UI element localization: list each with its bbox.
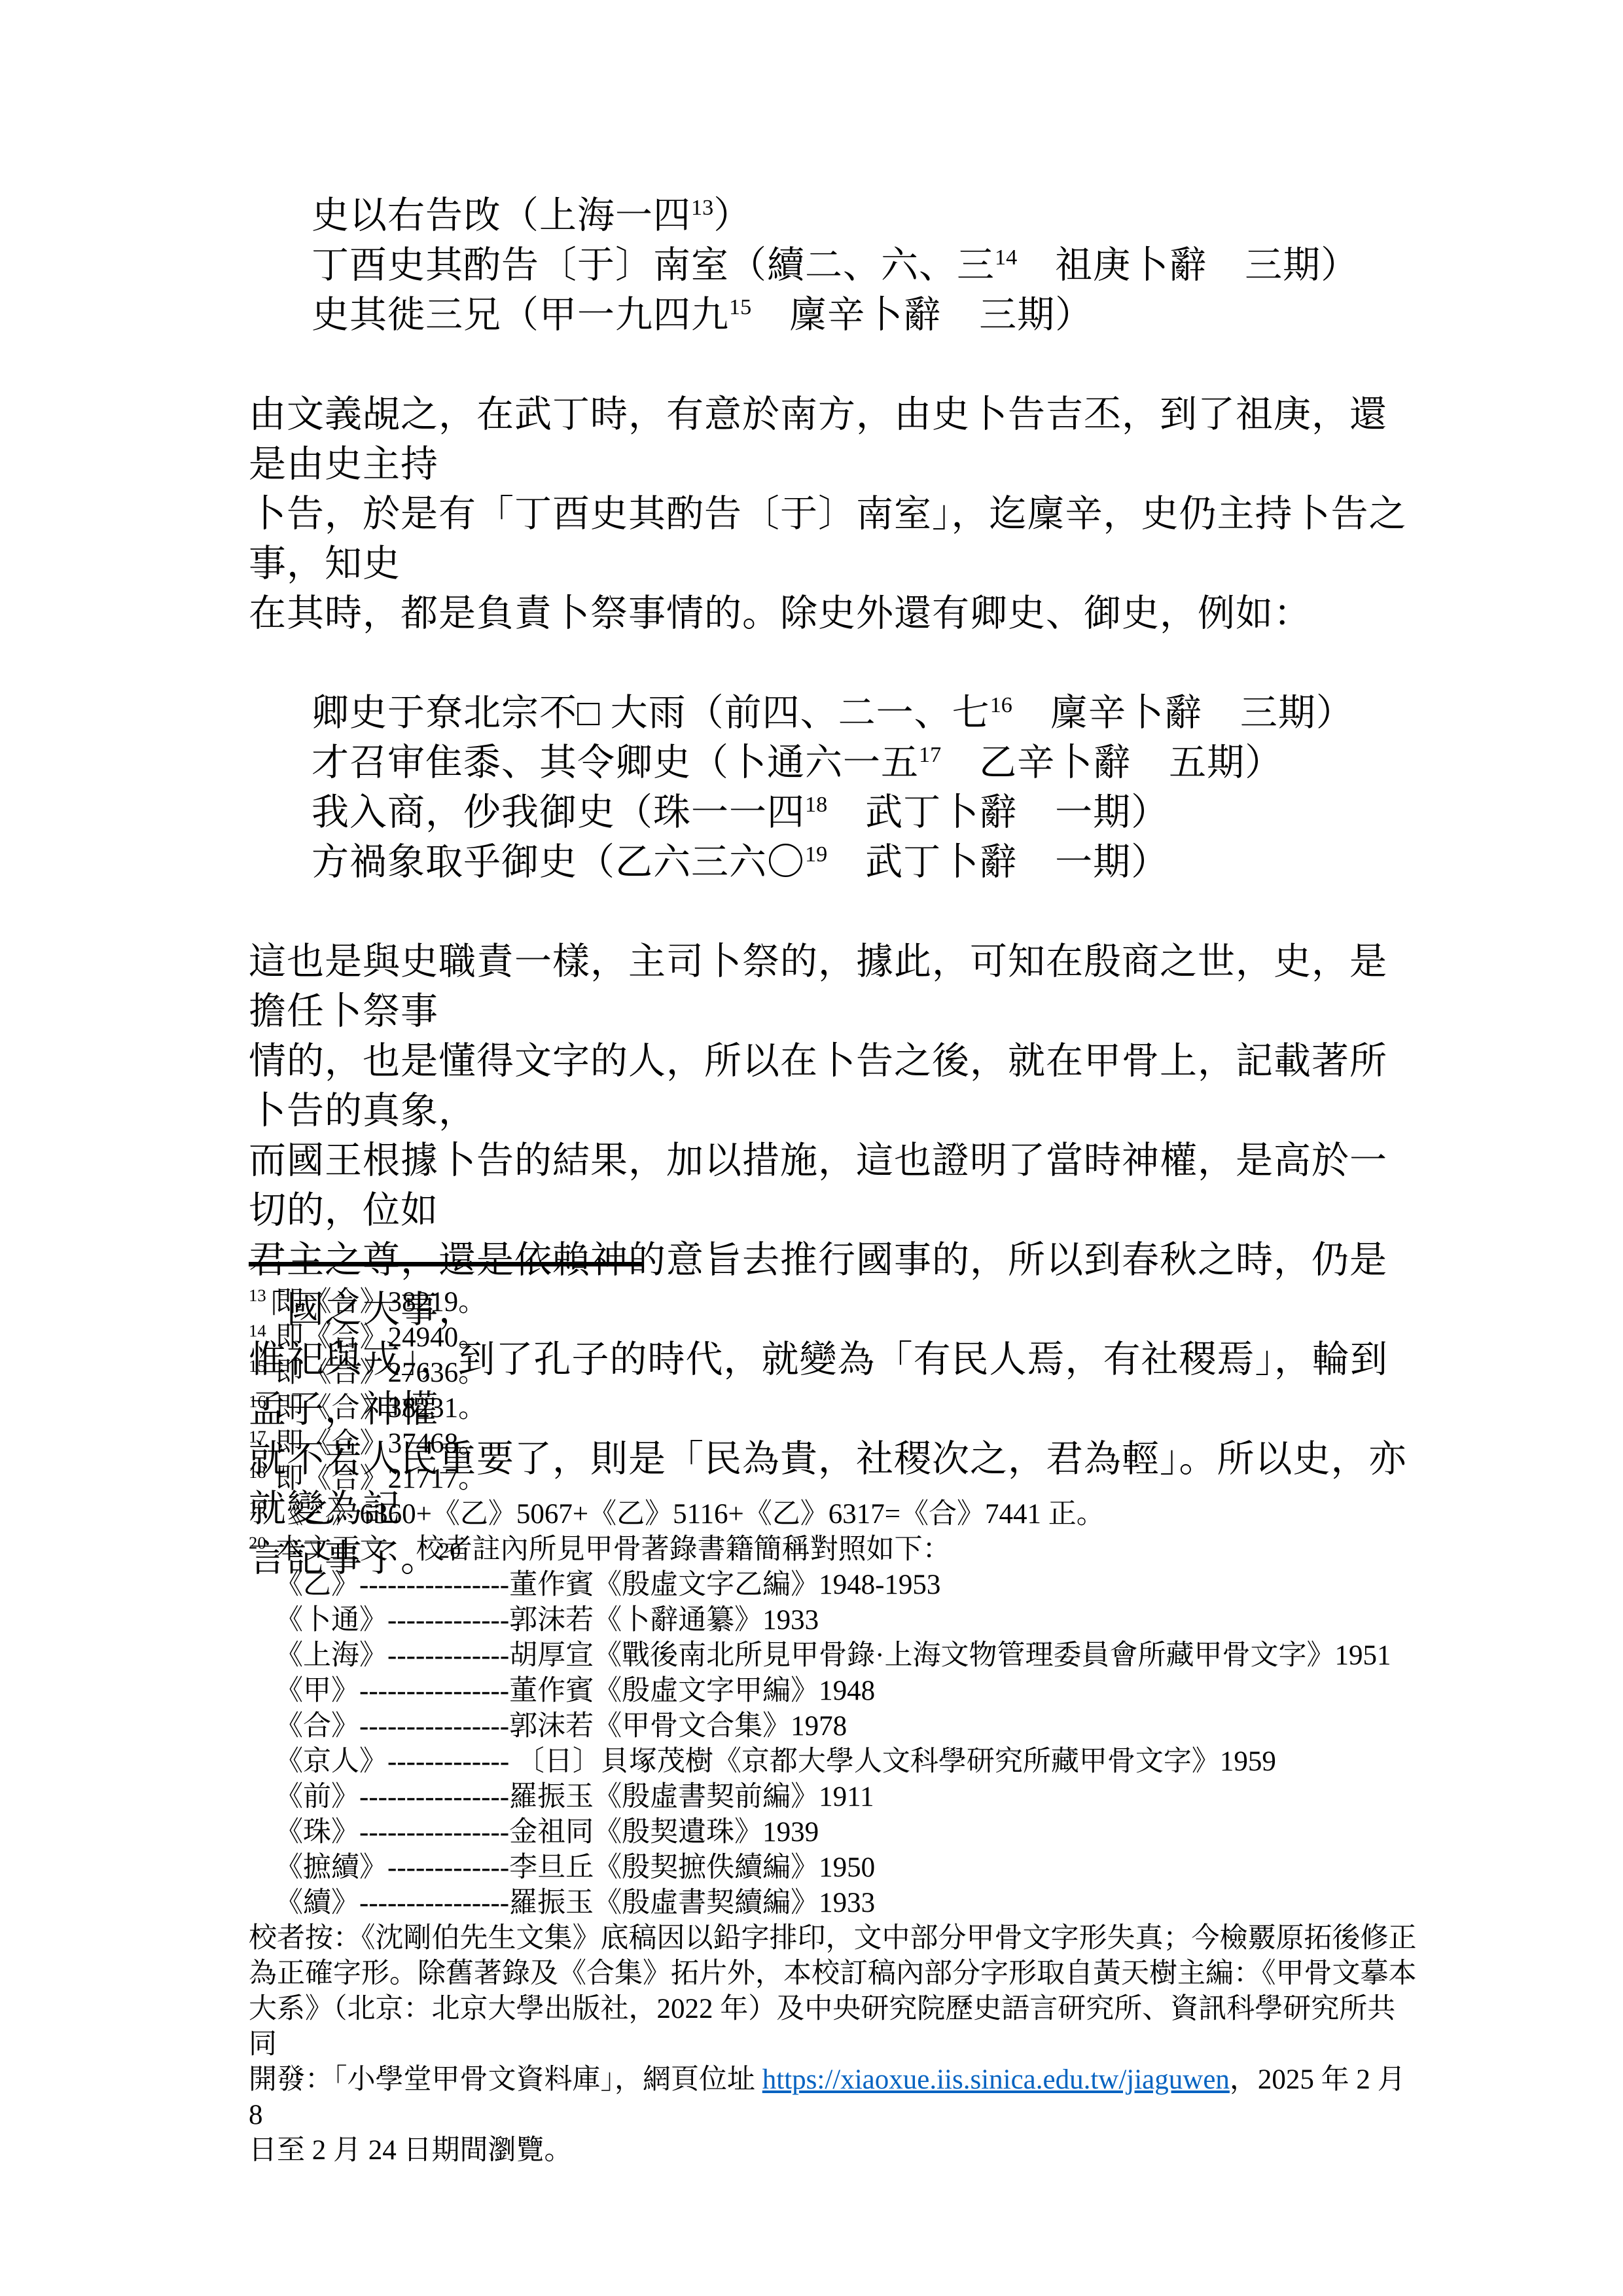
bibliography-item: 《卜通》-------------郭沫若《卜辭通纂》1933 <box>249 1603 1420 1638</box>
quote-text: 方禍象取乎御史（乙六三六〇 <box>312 842 805 883</box>
quote-text: 史以右告攺（上海一四 <box>312 195 691 236</box>
bibliography-item: 《珠》----------------金祖同《殷契遺珠》1939 <box>249 1815 1420 1850</box>
footnote-17: 17即《合》37468。 <box>249 1426 1420 1462</box>
editor-note-line: 日至 2 月 24 日期間瀏覽。 <box>249 2133 1420 2168</box>
database-url-link[interactable]: https://xiaoxue.iis.sinica.edu.tw/jiaguw… <box>762 2064 1230 2095</box>
footnote-ref-13: 13 <box>691 196 713 220</box>
quote-text: 廩辛卜辭 三期） <box>751 295 1093 336</box>
quote-text: 武丁卜辭 一期） <box>827 842 1169 883</box>
quote-text: 我入商，仯我御史（珠一一四 <box>312 792 805 833</box>
paragraph-line: 而國王根據卜告的結果，加以措施，這也證明了當時神權，是高於一切的，位如 <box>249 1136 1412 1236</box>
quote-line: 卿史于尞北宗不□ 大雨（前四、二一、七16 廩辛卜辭 三期） <box>312 689 1412 738</box>
quote-text: 丁酉史其酌告〔于〕南室（續二、六、三 <box>312 245 995 286</box>
footnote-ref-18: 18 <box>805 793 827 817</box>
footnote-text: 即《合》27636。 <box>276 1357 487 1388</box>
footnote-marker: 17 <box>249 1427 266 1446</box>
footnote-ref-19: 19 <box>805 842 827 867</box>
footnote-ref-17: 17 <box>919 743 941 767</box>
paragraph-line: 情的，也是懂得文字的人，所以在卜告之後，就在甲骨上，記載著所卜告的真象， <box>249 1037 1412 1136</box>
bibliography-item: 《甲》----------------董作賓《殷虛文字甲編》1948 <box>249 1674 1420 1709</box>
quote-text: 才召审隹黍、其令卿史（卜通六一五 <box>312 742 919 783</box>
document-page: { "page": { "background": "#ffffff", "te… <box>0 0 1623 2296</box>
footnote-marker: 13 <box>249 1285 266 1305</box>
footnote-marker: 16 <box>249 1391 266 1411</box>
bibliography-item: 《上海》-------------胡厚宣《戰後南北所見甲骨錄·上海文物管理委員會… <box>249 1638 1420 1674</box>
footnote-marker: 20 <box>249 1533 266 1552</box>
footnote-text: 《乙》6360+《乙》5067+《乙》5116+《乙》6317=《合》7441 … <box>276 1499 1105 1530</box>
paragraph-line: 卜告，於是有「丁酉史其酌告〔于〕南室」，迄廩辛，史仍主持卜告之事，知史 <box>249 490 1412 589</box>
footnote-separator <box>249 1262 644 1266</box>
footnote-text: 即《合》38231。 <box>276 1393 487 1424</box>
footnote-text: 本文正文、校者註內所見甲骨著錄書籍簡稱對照如下： <box>276 1534 951 1565</box>
footnote-ref-16: 16 <box>990 693 1012 717</box>
footnote-14: 14即《合》24940。 <box>249 1320 1420 1355</box>
editor-note-line: 開發：「小學堂甲骨文資料庫」，網頁位址 https://xiaoxue.iis.… <box>249 2062 1420 2133</box>
footnote-13: 13即《合》38219。 <box>249 1285 1420 1320</box>
editor-note-text: 開發：「小學堂甲骨文資料庫」，網頁位址 <box>249 2064 762 2095</box>
footnote-text: 即《合》37468。 <box>276 1428 487 1459</box>
footnote-18: 18即《合》21717。 <box>249 1462 1420 1497</box>
bibliography-item: 《續》----------------羅振玉《殷虛書契續編》1933 <box>249 1886 1420 1921</box>
footnote-ref-15: 15 <box>729 295 751 319</box>
quote-text: ） <box>713 195 751 236</box>
paragraph-1: 由文義覘之，在武丁時，有意於南方，由史卜告吉丕，到了祖庚，還是由史主持 卜告，於… <box>249 390 1412 639</box>
bibliography-item: 《合》----------------郭沫若《甲骨文合集》1978 <box>249 1709 1420 1744</box>
footnote-section: 13即《合》38219。 14即《合》24940。 15即《合》27636。 1… <box>249 1262 1420 2168</box>
quote-line: 丁酉史其酌告〔于〕南室（續二、六、三14 祖庚卜辭 三期） <box>312 241 1412 291</box>
quote-text: 卿史于尞北宗不□ 大雨（前四、二一、七 <box>312 692 990 734</box>
bibliography-item: 《摭續》-------------李旦丘《殷契摭佚續編》1950 <box>249 1850 1420 1886</box>
bibliography-item: 《京人》------------- 〔日〕貝塚茂樹《京都大學人文科學研究所藏甲骨… <box>249 1744 1420 1780</box>
quote-text: 武丁卜辭 一期） <box>827 792 1169 833</box>
footnote-16: 16即《合》38231。 <box>249 1391 1420 1426</box>
footnote-marker: 18 <box>249 1462 266 1482</box>
quote-line: 才召审隹黍、其令卿史（卜通六一五17 乙辛卜辭 五期） <box>312 738 1412 788</box>
footnote-20: 20本文正文、校者註內所見甲骨著錄書籍簡稱對照如下： <box>249 1532 1420 1568</box>
footnote-text: 即《合》38219。 <box>276 1287 487 1318</box>
quote-line: 我入商，仯我御史（珠一一四18 武丁卜辭 一期） <box>312 788 1412 838</box>
quote-text: 廩辛卜辭 三期） <box>1012 692 1354 734</box>
quote-text: 乙辛卜辭 五期） <box>941 742 1283 783</box>
editor-note-line: 大系》（北京：北京大學出版社，2022 年）及中央研究院歷史語言研究所、資訊科學… <box>249 1992 1420 2062</box>
oracle-quote-block-2: 卿史于尞北宗不□ 大雨（前四、二一、七16 廩辛卜辭 三期） 才召审隹黍、其令卿… <box>249 689 1412 888</box>
bibliography-item: 《前》----------------羅振玉《殷虛書契前編》1911 <box>249 1780 1420 1815</box>
quote-text: 史其徙三兄（甲一九四九 <box>312 295 729 336</box>
quote-line: 史其徙三兄（甲一九四九15 廩辛卜辭 三期） <box>312 291 1412 340</box>
footnote-marker: 15 <box>249 1356 266 1376</box>
quote-line: 史以右告攺（上海一四13） <box>312 191 1412 241</box>
footnote-ref-14: 14 <box>995 245 1017 270</box>
footnote-marker: 19 <box>249 1498 266 1517</box>
footnote-19: 19《乙》6360+《乙》5067+《乙》5116+《乙》6317=《合》744… <box>249 1497 1420 1532</box>
footnote-text: 即《合》24940。 <box>276 1322 487 1353</box>
footnote-marker: 14 <box>249 1321 266 1340</box>
bibliography-item: 《乙》----------------董作賓《殷虛文字乙編》1948-1953 <box>249 1568 1420 1603</box>
editor-note-line: 校者按：《沈剛伯先生文集》底稿因以鉛字排印，文中部分甲骨文字形失真；今檢覈原拓後… <box>249 1921 1420 1956</box>
paragraph-line: 在其時，都是負責卜祭事情的。除史外還有卿史、御史，例如： <box>249 589 1412 639</box>
quote-line: 方禍象取乎御史（乙六三六〇19 武丁卜辭 一期） <box>312 838 1412 888</box>
footnote-text: 即《合》21717。 <box>276 1463 487 1494</box>
paragraph-line: 這也是與史職責一樣，主司卜祭的，據此，可知在殷商之世，史，是擔任卜祭事 <box>249 937 1412 1037</box>
paragraph-line: 由文義覘之，在武丁時，有意於南方，由史卜告吉丕，到了祖庚，還是由史主持 <box>249 390 1412 490</box>
editor-note-line: 為正確字形。除舊著錄及《合集》拓片外，本校訂稿內部分字形取自黃天樹主編：《甲骨文… <box>249 1956 1420 1992</box>
quote-text: 祖庚卜辭 三期） <box>1017 245 1359 286</box>
footnote-15: 15即《合》27636。 <box>249 1355 1420 1391</box>
oracle-quote-block-1: 史以右告攺（上海一四13） 丁酉史其酌告〔于〕南室（續二、六、三14 祖庚卜辭 … <box>249 191 1412 340</box>
